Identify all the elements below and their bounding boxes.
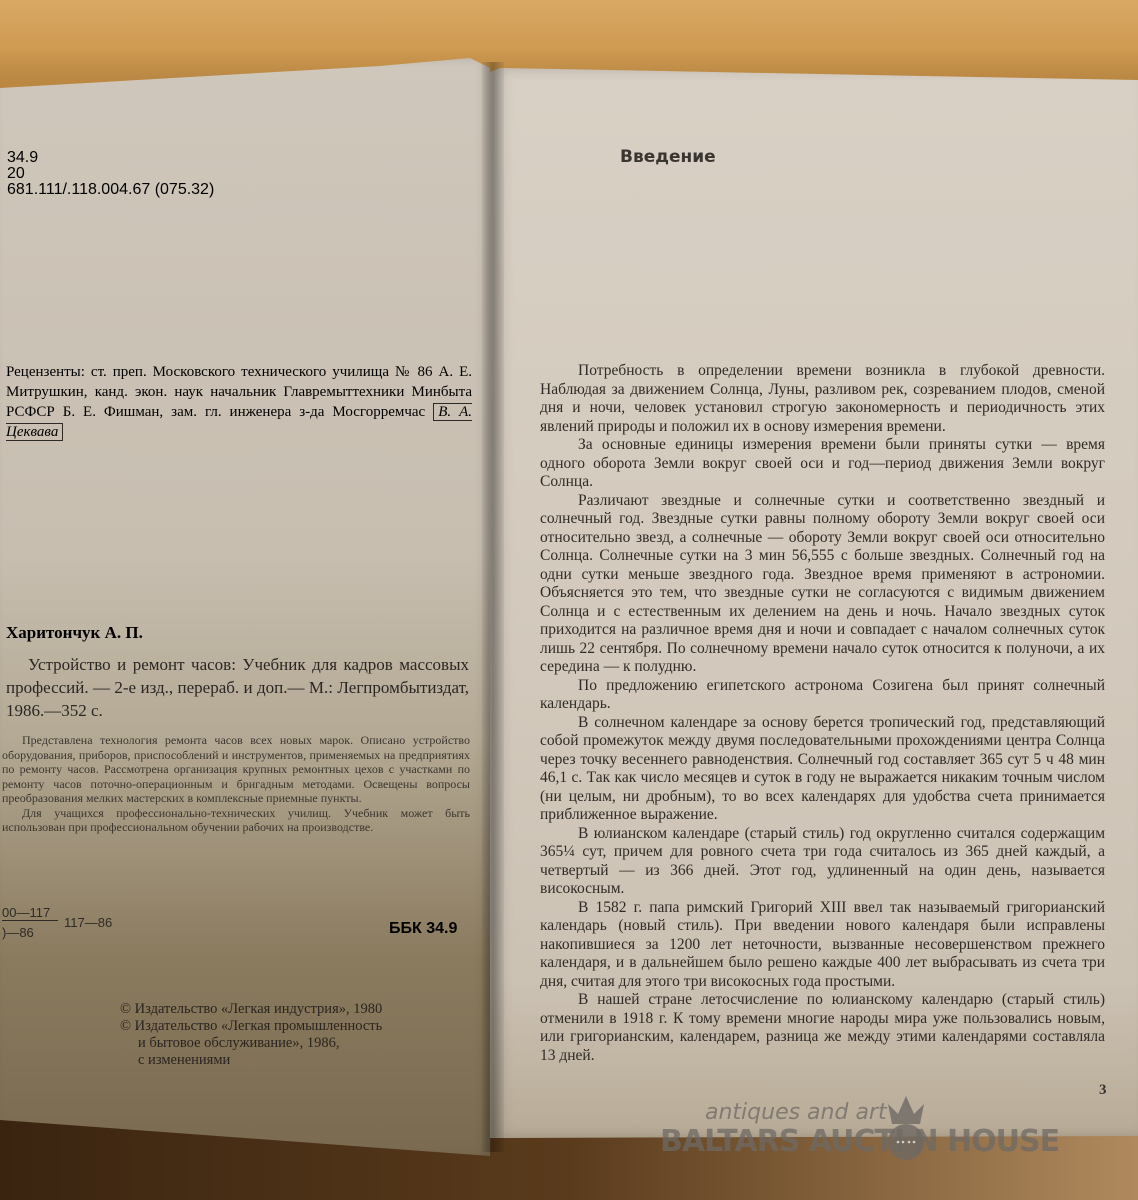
paragraph: В солнечном календаре за основу берется …: [540, 714, 1105, 825]
paragraph: В юлианском календаре (старый стиль) год…: [540, 825, 1105, 899]
introduction-text: Потребность в определении времени возник…: [540, 362, 1105, 1065]
watermark: antiques and art BALTARS AUCTI N HOUSE: [660, 1100, 1060, 1170]
page-number: 3: [1099, 1082, 1107, 1099]
annotation: Представлена технология ремонта часов вс…: [2, 733, 470, 835]
copyright-line: и бытовое обслуживание», 1986,: [120, 1035, 472, 1052]
wooden-table-top: [0, 0, 1138, 80]
author-name: Харитончук А. П.: [6, 623, 143, 643]
udc-line: 34.9: [7, 150, 214, 166]
bibliographic-entry: Устройство и ремонт часов: Учебник для к…: [6, 653, 469, 722]
fraction-side-code: 117—86: [64, 915, 112, 930]
udc-line: 681.111/.118.004.67 (075.32): [7, 182, 214, 198]
copyright-line: © Издательство «Легкая промышленность: [120, 1018, 472, 1035]
paragraph: Потребность в определении времени возник…: [540, 362, 1105, 436]
chapter-heading: Введение: [620, 147, 716, 167]
left-page: [0, 58, 490, 1158]
udc-line: 20: [7, 166, 214, 182]
copyright-line: © Издательство «Легкая индустрия», 1980: [120, 1001, 472, 1018]
book-gutter: [482, 62, 504, 1152]
copyright-block: © Издательство «Легкая индустрия», 1980 …: [120, 1001, 472, 1069]
reviewers-text: Рецензенты: ст. преп. Московского технич…: [6, 364, 472, 420]
crown-icon: [884, 1094, 928, 1164]
fraction-denominator: )—86: [2, 925, 34, 940]
watermark-tagline: antiques and art: [705, 1100, 887, 1125]
paragraph: Различают звездные и солнечные сутки и с…: [540, 492, 1105, 677]
annotation-paragraph: Представлена технология ремонта часов вс…: [2, 733, 470, 806]
paragraph: По предложению египетского астронома Соз…: [540, 677, 1105, 714]
paragraph: За основные единицы измерения времени бы…: [540, 436, 1105, 492]
paragraph: В 1582 г. папа римский Григорий XIII вве…: [540, 899, 1105, 992]
fraction-numerator: 00—117: [2, 905, 58, 921]
annotation-paragraph: Для учащихся профессионально-технических…: [2, 806, 470, 835]
bbk-code: ББК 34.9: [389, 920, 457, 938]
paragraph: В нашей стране летосчисление по юлианско…: [540, 991, 1105, 1065]
copyright-line: с изменениями: [120, 1052, 472, 1069]
reviewers-block: Рецензенты: ст. преп. Московского технич…: [6, 362, 472, 442]
udc-index: 34.9 20 681.111/.118.004.67 (075.32): [7, 150, 214, 198]
watermark-name: BALTARS AUCTI N HOUSE: [660, 1124, 1059, 1159]
